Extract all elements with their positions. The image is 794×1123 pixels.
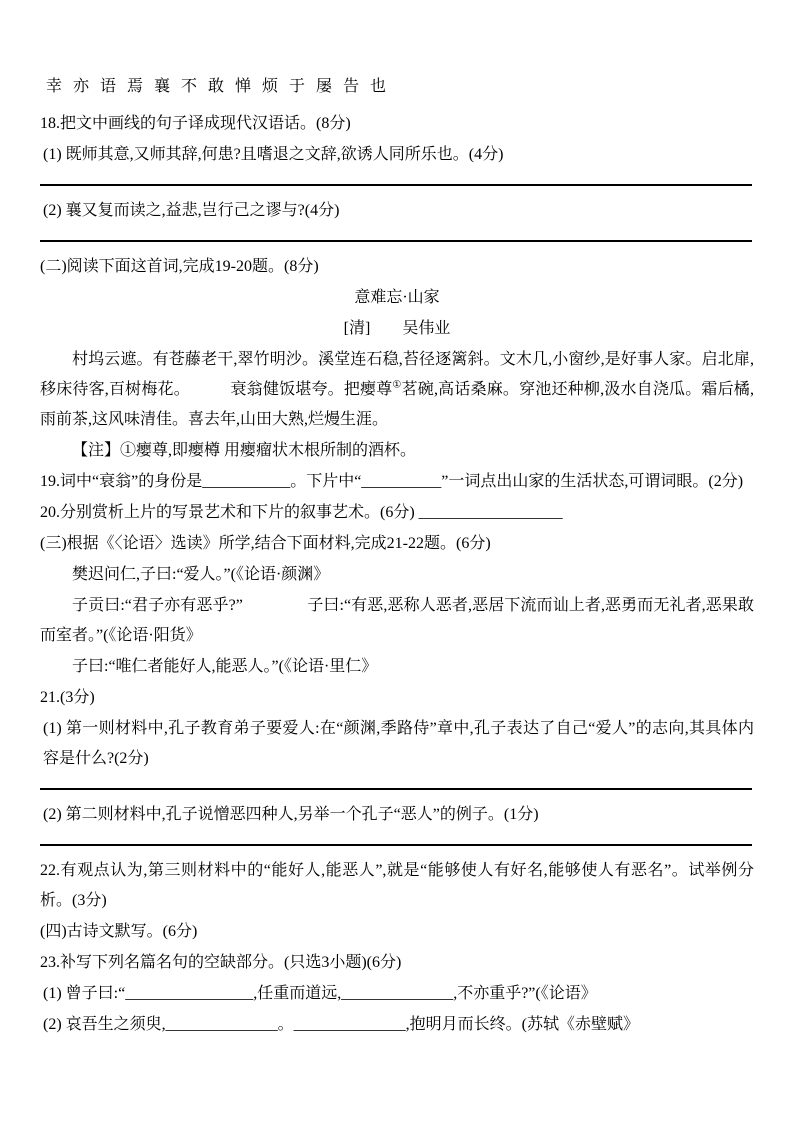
intro-line: 幸亦语焉襄不敢惮烦于屡告也 xyxy=(40,72,754,102)
poem-note: 【注】①瘿尊,即瘿樽 用瘿瘤状木根所制的酒杯。 xyxy=(40,436,754,466)
material-3: 子曰:“唯仁者能好人,能恶人。”(《论语·里仁》 xyxy=(40,652,754,682)
material-1: 樊迟问仁,子曰:“爱人。”(《论语·颜渊》 xyxy=(40,560,754,590)
q21-heading: 21.(3分) xyxy=(40,683,754,713)
q18-item-2: (2) 襄又复而读之,益悲,岂行己之谬与?(4分) xyxy=(40,196,754,226)
q18-item-1: (1) 既师其意,又师其辞,何患?且嗜退之文辞,欲诱人同所乐也。(4分) xyxy=(40,140,754,170)
section-2-heading: (二)阅读下面这首词,完成19-20题。(8分) xyxy=(40,252,754,282)
q23-heading: 23.补写下列名篇名句的空缺部分。(只选3小题)(6分) xyxy=(40,948,754,978)
footnote-marker: ① xyxy=(392,380,401,391)
poem-title: 意难忘·山家 xyxy=(40,283,754,313)
answer-line-1 xyxy=(40,184,752,186)
answer-line-2 xyxy=(40,240,752,242)
exam-page: 幸亦语焉襄不敢惮烦于屡告也 18.把文中画线的句子译成现代汉语话。(8分) (1… xyxy=(0,0,794,1123)
section-3-heading: (三)根据《〈论语〉选读》所学,结合下面材料,完成21-22题。(6分) xyxy=(40,529,754,559)
q18-heading: 18.把文中画线的句子译成现代汉语话。(8分) xyxy=(40,109,754,139)
q20-text: 20.分别赏析上片的写景艺术和下片的叙事艺术。(6分) ____________… xyxy=(40,498,754,528)
q21-item-2: (2) 第二则材料中,孔子说憎恶四种人,另举一个孔子“恶人”的例子。(1分) xyxy=(40,800,754,830)
poem-author: [清] 吴伟业 xyxy=(40,314,754,344)
material-2: 子贡曰:“君子亦有恶乎?” 子曰:“有恶,恶称人恶者,恶居下流而讪上者,恶勇而无… xyxy=(40,591,754,651)
q23-item-1: (1) 曾子曰:“________________,任重而道远,________… xyxy=(40,979,754,1009)
answer-line-3 xyxy=(40,788,752,790)
answer-line-4 xyxy=(40,844,752,846)
poem-body: 村坞云遮。有苍藤老干,翠竹明沙。溪堂连石稳,苔径逐篱斜。文木几,小窗纱,是好事人… xyxy=(40,345,754,435)
q23-item-2: (2) 哀吾生之须臾,______________。______________… xyxy=(40,1010,754,1040)
q19-text: 19.词中“衰翁”的身份是___________。下片中“__________”… xyxy=(40,467,754,497)
q22-text: 22.有观点认为,第三则材料中的“能好人,能恶人”,就是“能够使人有好名,能够使… xyxy=(40,856,754,916)
q21-item-1: (1) 第一则材料中,孔子教育弟子要爱人:在“颜渊,季路侍”章中,孔子表达了自己… xyxy=(40,714,754,774)
section-4-heading: (四)古诗文默写。(6分) xyxy=(40,917,754,947)
